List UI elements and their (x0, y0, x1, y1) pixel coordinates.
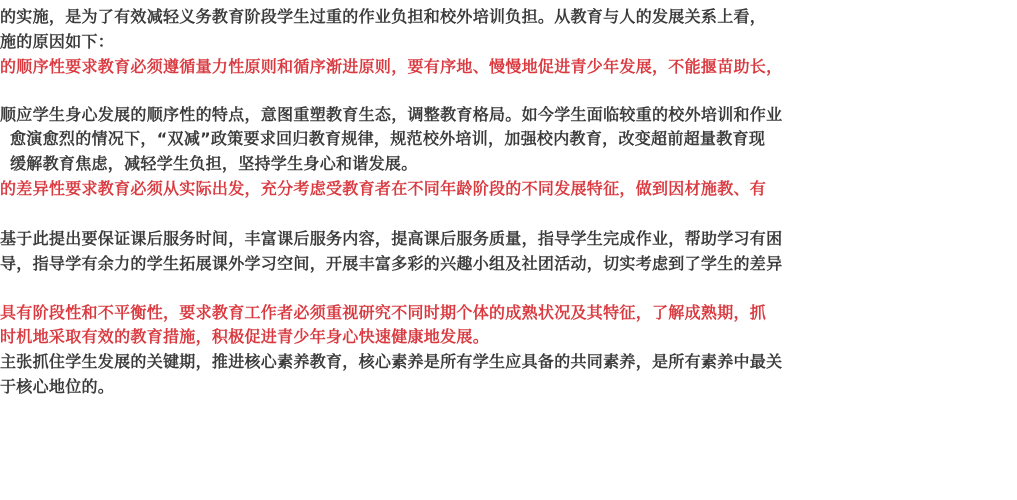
text-line-6: 缓解教育焦虑，减轻学生负担，坚持学生身心和谐发展。 (10, 153, 418, 175)
text-line-1: 的实施，是为了有效减轻义务教育阶段学生过重的作业负担和校外培训负担。从教育与人的… (0, 6, 766, 28)
text-line-9: 导，指导学有余力的学生拓展课外学习空间，开展丰富多彩的兴趣小组及社团活动，切实考… (0, 253, 782, 275)
text-line-13: 于核心地位的。 (0, 376, 114, 398)
highlight-line-10: 具有阶段性和不平衡性，要求教育工作者必须重视研究不同时期个体的成熟状况及其特征，… (0, 302, 766, 324)
text-line-4: 顺应学生身心发展的顺序性的特点，意图重塑教育生态，调整教育格局。如今学生面临较重… (0, 104, 782, 126)
text-line-12: 主张抓住学生发展的关键期，推进核心素养教育，核心素养是所有学生应具备的共同素养，… (0, 351, 782, 373)
highlight-line-11: 时机地采取有效的教育措施，积极促进青少年身心快速健康地发展。 (0, 326, 489, 348)
document-page: 的实施，是为了有效减轻义务教育阶段学生过重的作业负担和校外培训负担。从教育与人的… (0, 0, 1017, 500)
highlight-line-3: 的顺序性要求教育必须遵循量力性原则和循序渐进原则，要有序地、慢慢地促进青少年发展… (0, 56, 782, 78)
highlight-line-7: 的差异性要求教育必须从实际出发，充分考虑受教育者在不同年龄阶段的不同发展特征，做… (0, 178, 766, 200)
text-line-8: 基于此提出要保证课后服务时间，丰富课后服务内容，提高课后服务质量，指导学生完成作… (0, 228, 782, 250)
text-line-5: 愈演愈烈的情况下，“双减”政策要求回归教育规律，规范校外培训，加强校内教育，改变… (10, 128, 765, 150)
text-line-2: 施的原因如下： (0, 31, 114, 53)
